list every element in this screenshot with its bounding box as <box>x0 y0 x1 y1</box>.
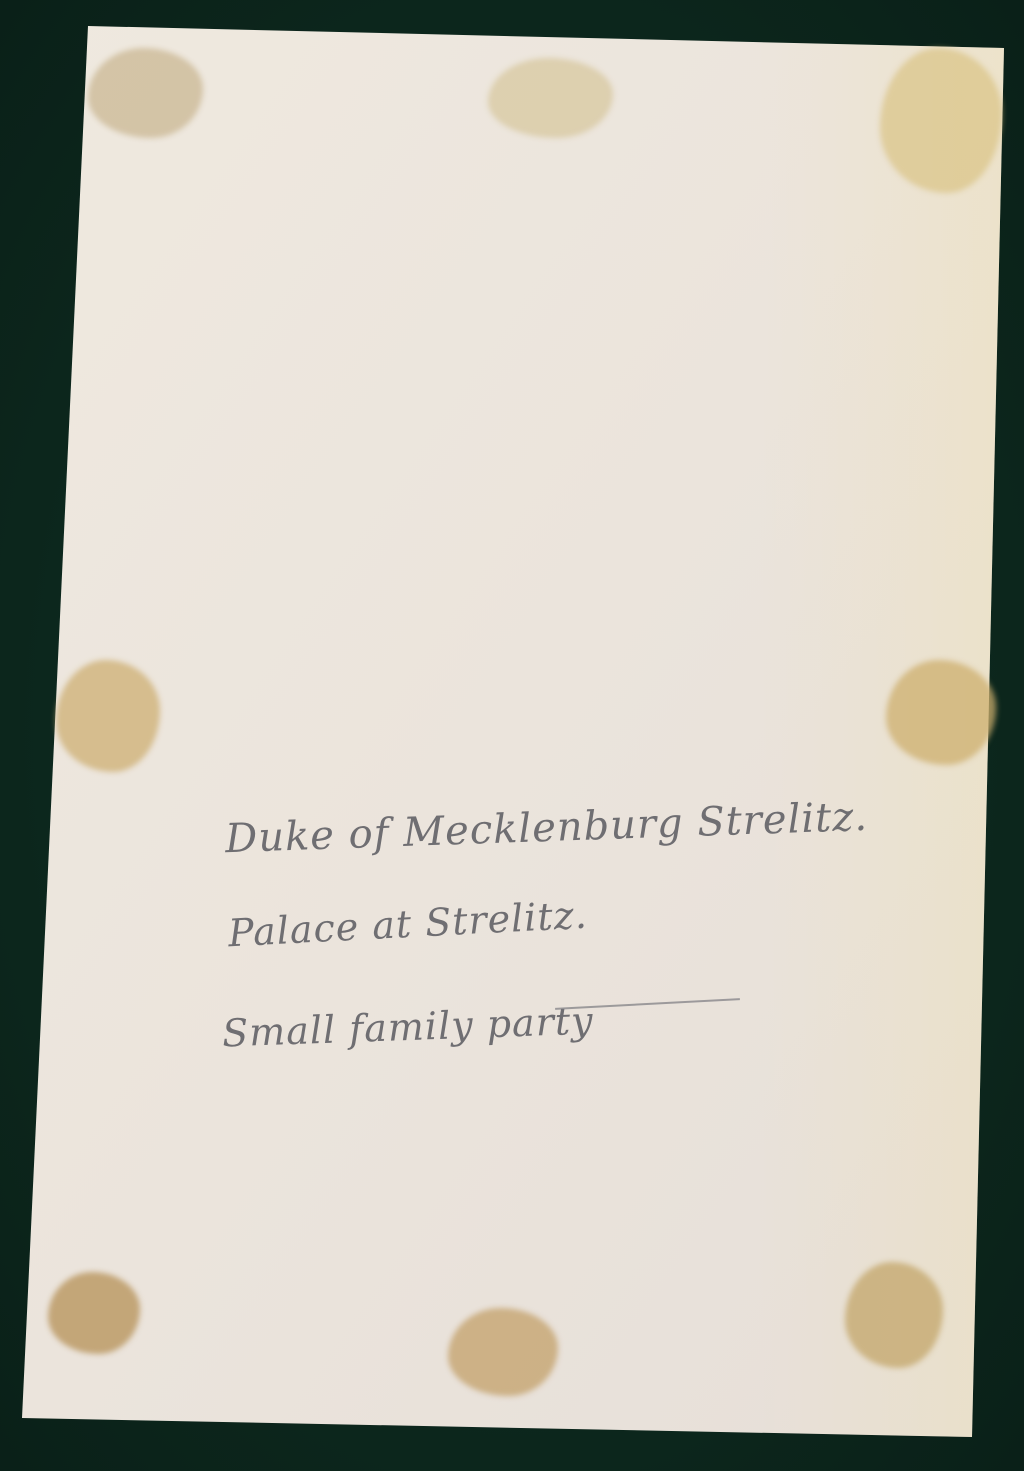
stain-top-left <box>88 48 203 138</box>
stain-middle-right <box>886 660 996 765</box>
stain-bottom-left <box>48 1272 140 1354</box>
stain-bottom-right <box>845 1262 943 1368</box>
stain-bottom-center <box>448 1308 558 1396</box>
stain-top-right <box>880 48 1002 193</box>
stain-top-center <box>488 58 613 138</box>
stain-middle-left <box>56 660 160 772</box>
